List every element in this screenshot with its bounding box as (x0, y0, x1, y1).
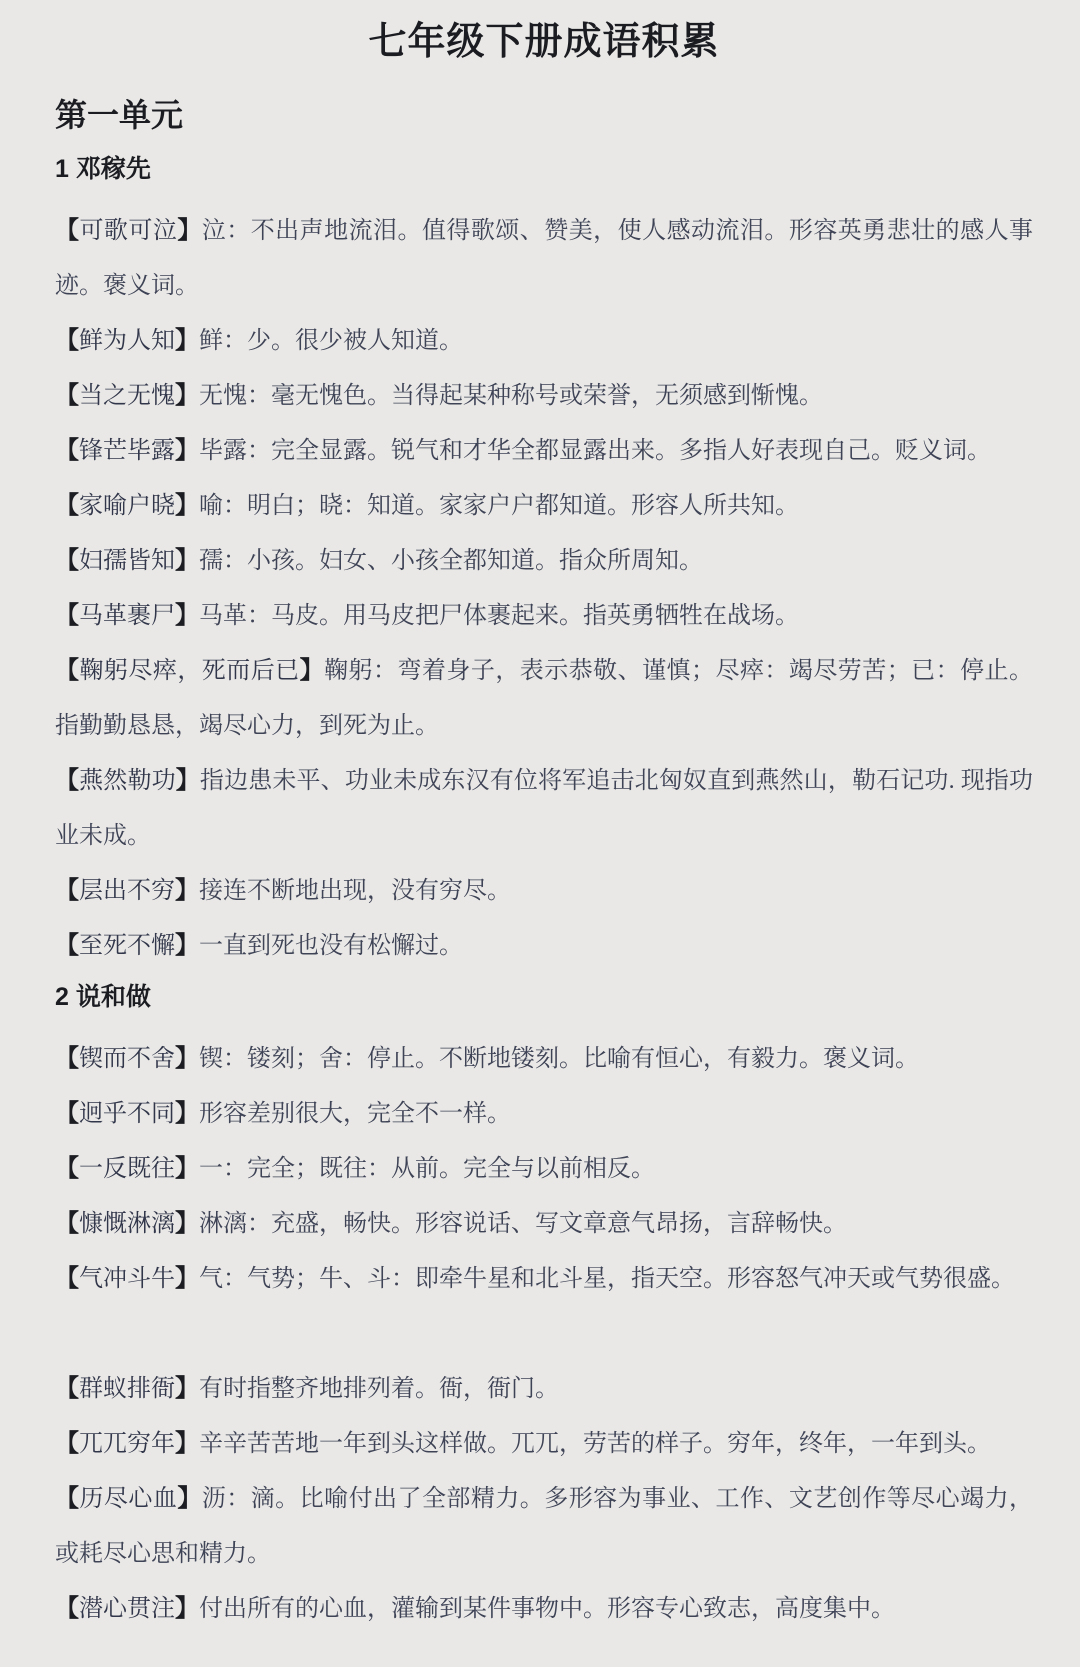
idiom-term: 鞠躬尽瘁，死而后已 (79, 658, 299, 684)
bracket-open: 【 (55, 1156, 79, 1182)
idiom-term: 迥乎不同 (79, 1101, 175, 1127)
idiom-term: 慷慨淋漓 (79, 1211, 175, 1237)
bracket-close: 】 (175, 1156, 199, 1182)
idiom-definition: 付出所有的心血，灌输到某件事物中。形容专心致志，高度集中。 (199, 1596, 895, 1622)
idiom-definition: 指边患未平、功业未成东汉有位将军追击北匈奴直到燕然山，勒石记功. 现指功业未成。 (55, 768, 1033, 849)
idiom-definition: 接连不断地出现，没有穷尽。 (199, 878, 511, 904)
idiom-entry: 【慷慨淋漓】淋漓：充盛，畅快。形容说话、写文章意气昂扬，言辞畅快。 (55, 1197, 1033, 1252)
lesson-heading: 2 说和做 (55, 982, 1033, 1012)
idiom-definition: 鲜：少。很少被人知道。 (199, 328, 463, 354)
document-body: 1 邓稼先【可歌可泣】泣：不出声地流泪。值得歌颂、赞美，使人感动流泪。形容英勇悲… (55, 154, 1033, 1637)
idiom-definition: 沥：滴。比喻付出了全部精力。多形容为事业、工作、文艺创作等尽心竭力，或耗尽心思和… (55, 1486, 1033, 1567)
idiom-entry: 【鲜为人知】鲜：少。很少被人知道。 (55, 314, 1033, 369)
bracket-open: 【 (55, 878, 79, 904)
idiom-definition: 孺：小孩。妇女、小孩全都知道。指众所周知。 (199, 548, 703, 574)
idiom-definition: 无愧：毫无愧色。当得起某种称号或荣誉，无须感到惭愧。 (199, 383, 823, 409)
idiom-entry: 【兀兀穷年】辛辛苦苦地一年到头这样做。兀兀，劳苦的样子。穷年，终年，一年到头。 (55, 1417, 1033, 1472)
idiom-term: 可歌可泣 (79, 218, 177, 244)
page-title: 七年级下册成语积累 (55, 20, 1033, 64)
bracket-close: 】 (175, 933, 199, 959)
idiom-entry: 【妇孺皆知】孺：小孩。妇女、小孩全都知道。指众所周知。 (55, 534, 1033, 589)
bracket-open: 【 (55, 1431, 79, 1457)
bracket-close: 】 (175, 1266, 199, 1292)
bracket-close: 】 (175, 493, 199, 519)
idiom-term: 锲而不舍 (79, 1046, 175, 1072)
document-page: 七年级下册成语积累 第一单元 1 邓稼先【可歌可泣】泣：不出声地流泪。值得歌颂、… (0, 0, 1080, 1667)
idiom-term: 锋芒毕露 (79, 438, 175, 464)
bracket-close: 】 (175, 1046, 199, 1072)
bracket-close: 】 (177, 218, 201, 244)
idiom-entry: 【潜心贯注】付出所有的心血，灌输到某件事物中。形容专心致志，高度集中。 (55, 1582, 1033, 1637)
idiom-definition: 一直到死也没有松懈过。 (199, 933, 463, 959)
bracket-open: 【 (55, 1266, 79, 1292)
idiom-definition: 一：完全；既往：从前。完全与以前相反。 (199, 1156, 655, 1182)
idiom-term: 一反既往 (79, 1156, 175, 1182)
bracket-open: 【 (55, 438, 79, 464)
idiom-term: 潜心贯注 (79, 1596, 175, 1622)
bracket-close: 】 (175, 1431, 199, 1457)
bracket-close: 】 (175, 1101, 199, 1127)
bracket-close: 】 (175, 1211, 199, 1237)
idiom-entry: 【锋芒毕露】毕露：完全显露。锐气和才华全都显露出来。多指人好表现自己。贬义词。 (55, 424, 1033, 479)
idiom-term: 兀兀穷年 (79, 1431, 175, 1457)
idiom-entry: 【层出不穷】接连不断地出现，没有穷尽。 (55, 864, 1033, 919)
bracket-close: 】 (175, 1596, 199, 1622)
idiom-term: 鲜为人知 (79, 328, 175, 354)
bracket-close: 】 (175, 878, 199, 904)
idiom-term: 气冲斗牛 (79, 1266, 175, 1292)
idiom-entry: 【家喻户晓】喻：明白；晓：知道。家家户户都知道。形容人所共知。 (55, 479, 1033, 534)
bracket-open: 【 (55, 328, 79, 354)
bracket-open: 【 (55, 658, 79, 684)
idiom-entry: 【马革裹尸】马革：马皮。用马皮把尸体裹起来。指英勇牺牲在战场。 (55, 589, 1033, 644)
idiom-entry: 【气冲斗牛】气：气势；牛、斗：即牵牛星和北斗星，指天空。形容怒气冲天或气势很盛。 (55, 1252, 1033, 1307)
idiom-definition: 锲：镂刻；舍：停止。不断地镂刻。比喻有恒心，有毅力。褒义词。 (199, 1046, 919, 1072)
idiom-definition: 喻：明白；晓：知道。家家户户都知道。形容人所共知。 (199, 493, 799, 519)
bracket-open: 【 (55, 1046, 79, 1072)
bracket-open: 【 (55, 493, 79, 519)
bracket-close: 】 (175, 438, 199, 464)
idiom-entry: 【一反既往】一：完全；既往：从前。完全与以前相反。 (55, 1142, 1033, 1197)
bracket-close: 】 (175, 548, 199, 574)
idiom-entry: 【燕然勒功】指边患未平、功业未成东汉有位将军追击北匈奴直到燕然山，勒石记功. 现… (55, 754, 1033, 864)
idiom-term: 家喻户晓 (79, 493, 175, 519)
bracket-open: 【 (55, 933, 79, 959)
idiom-entry: 【迥乎不同】形容差别很大，完全不一样。 (55, 1087, 1033, 1142)
idiom-definition: 马革：马皮。用马皮把尸体裹起来。指英勇牺牲在战场。 (199, 603, 799, 629)
lesson-heading: 1 邓稼先 (55, 154, 1033, 184)
idiom-entry: 【可歌可泣】泣：不出声地流泪。值得歌颂、赞美，使人感动流泪。形容英勇悲壮的感人事… (55, 204, 1033, 314)
bracket-close: 】 (175, 383, 199, 409)
idiom-definition: 气：气势；牛、斗：即牵牛星和北斗星，指天空。形容怒气冲天或气势很盛。 (199, 1266, 1015, 1292)
idiom-term: 燕然勒功 (79, 768, 176, 794)
idiom-entry: 【锲而不舍】锲：镂刻；舍：停止。不断地镂刻。比喻有恒心，有毅力。褒义词。 (55, 1032, 1033, 1087)
idiom-term: 马革裹尸 (79, 603, 175, 629)
idiom-entry: 【群蚁排衙】有时指整齐地排列着。衙，衙门。 (55, 1362, 1033, 1417)
idiom-entry: 【历尽心血】沥：滴。比喻付出了全部精力。多形容为事业、工作、文艺创作等尽心竭力，… (55, 1472, 1033, 1582)
idiom-definition: 淋漓：充盛，畅快。形容说话、写文章意气昂扬，言辞畅快。 (199, 1211, 847, 1237)
bracket-open: 【 (55, 1596, 79, 1622)
idiom-definition: 形容差别很大，完全不一样。 (199, 1101, 511, 1127)
idiom-term: 群蚁排衙 (79, 1376, 175, 1402)
bracket-close: 】 (175, 1376, 199, 1402)
idiom-term: 妇孺皆知 (79, 548, 175, 574)
bracket-close: 】 (177, 1486, 201, 1512)
bracket-open: 【 (55, 1101, 79, 1127)
bracket-open: 【 (55, 1486, 79, 1512)
bracket-open: 【 (55, 383, 79, 409)
idiom-entry: 【鞠躬尽瘁，死而后已】鞠躬：弯着身子，表示恭敬、谨慎；尽瘁：竭尽劳苦；已：停止。… (55, 644, 1033, 754)
idiom-definition: 有时指整齐地排列着。衙，衙门。 (199, 1376, 559, 1402)
idiom-definition: 泣：不出声地流泪。值得歌颂、赞美，使人感动流泪。形容英勇悲壮的感人事迹。褒义词。 (55, 218, 1033, 299)
idiom-term: 当之无愧 (79, 383, 175, 409)
idiom-term: 层出不穷 (79, 878, 175, 904)
idiom-entry: 【至死不懈】一直到死也没有松懈过。 (55, 919, 1033, 974)
bracket-open: 【 (55, 1211, 79, 1237)
bracket-open: 【 (55, 603, 79, 629)
bracket-open: 【 (55, 218, 79, 244)
idiom-term: 历尽心血 (79, 1486, 177, 1512)
idiom-entry: 【当之无愧】无愧：毫无愧色。当得起某种称号或荣誉，无须感到惭愧。 (55, 369, 1033, 424)
bracket-close: 】 (300, 658, 324, 684)
bracket-open: 【 (55, 1376, 79, 1402)
bracket-open: 【 (55, 768, 79, 794)
unit-heading: 第一单元 (55, 96, 1033, 134)
bracket-open: 【 (55, 548, 79, 574)
idiom-term: 至死不懈 (79, 933, 175, 959)
idiom-definition: 毕露：完全显露。锐气和才华全都显露出来。多指人好表现自己。贬义词。 (199, 438, 991, 464)
bracket-close: 】 (175, 603, 199, 629)
idiom-definition: 辛辛苦苦地一年到头这样做。兀兀，劳苦的样子。穷年，终年，一年到头。 (199, 1431, 991, 1457)
bracket-close: 】 (176, 768, 200, 794)
bracket-close: 】 (175, 328, 199, 354)
